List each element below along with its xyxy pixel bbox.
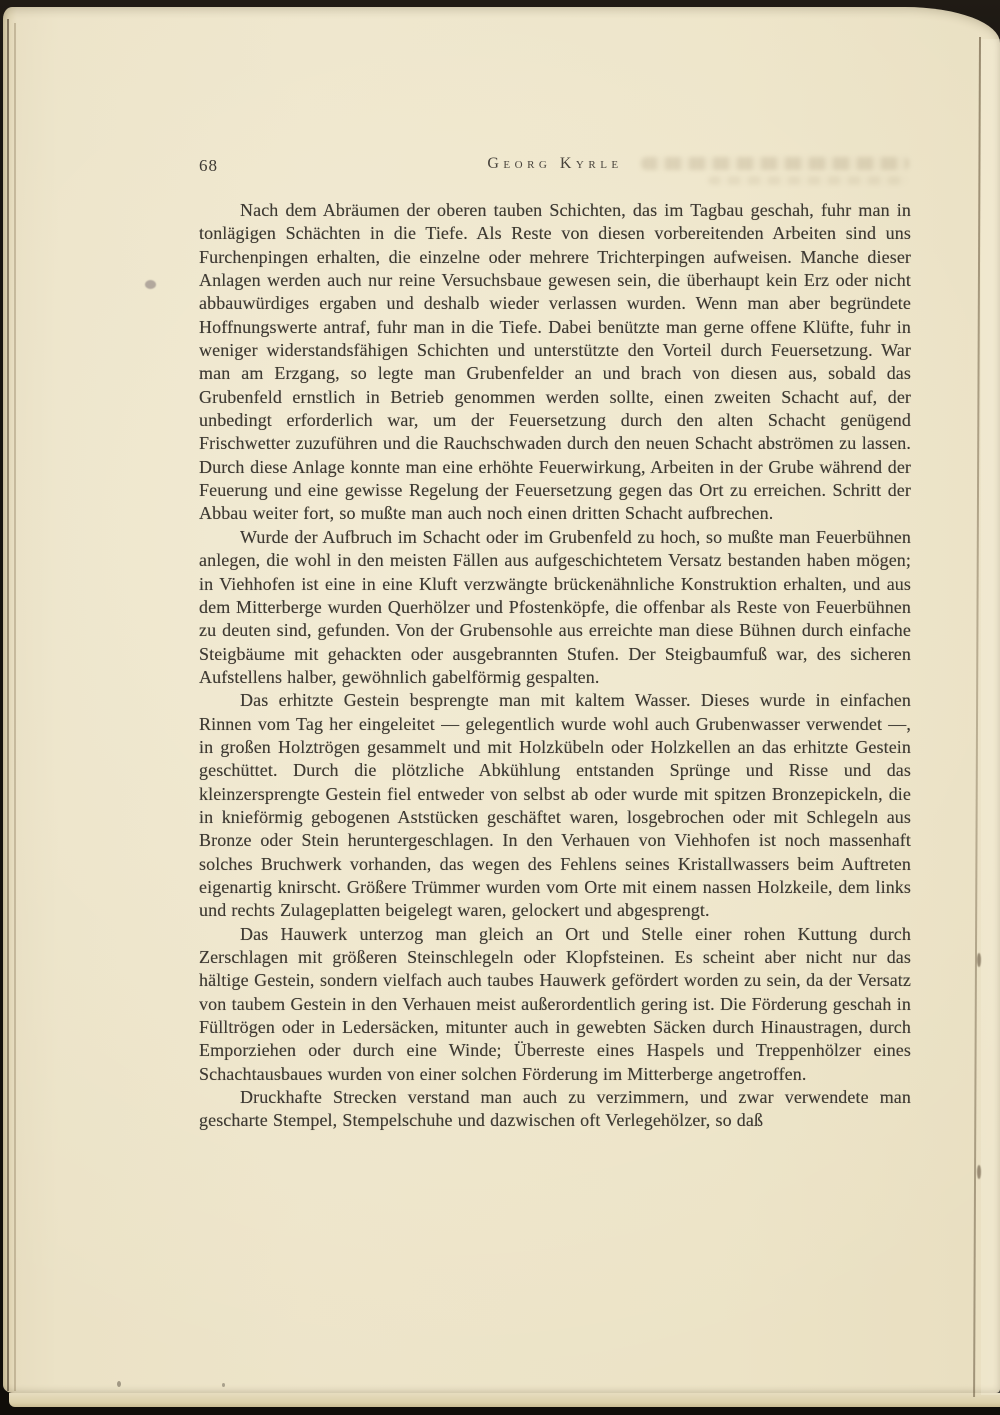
- scanned-book-photo: 68 Georg Kyrle Nach dem Abräumen der obe…: [0, 0, 1000, 1415]
- paper-nick: [977, 953, 981, 967]
- page-crease-left: [7, 19, 9, 1391]
- running-header: 68 Georg Kyrle: [199, 155, 911, 175]
- page-content: 68 Georg Kyrle Nach dem Abräumen der obe…: [199, 155, 911, 1133]
- body-text: Nach dem Abräumen der oberen tauben Schi…: [199, 199, 911, 1133]
- paper-nick: [977, 1165, 981, 1179]
- page-number: 68: [199, 156, 218, 176]
- paper-speck: [145, 280, 156, 289]
- paper-speck: [222, 1383, 225, 1387]
- body-paragraph: Nach dem Abräumen der oberen tauben Schi…: [199, 199, 911, 526]
- page-crease-left-inner: [14, 23, 16, 1391]
- body-paragraph: Druckhafte Strecken verstand man auch zu…: [199, 1086, 911, 1133]
- running-header-author: Georg Kyrle: [199, 155, 911, 173]
- underlying-page-edge-bottom: [9, 1393, 1000, 1407]
- page-edge-line-right: [973, 37, 980, 1397]
- body-paragraph: Wurde der Aufbruch im Schacht oder im Gr…: [199, 526, 911, 689]
- book-page: 68 Georg Kyrle Nach dem Abräumen der obe…: [3, 7, 1000, 1393]
- underlying-page-edge-right: [981, 39, 1000, 1395]
- paper-speck: [117, 1381, 121, 1387]
- body-paragraph: Das erhitzte Gestein besprengte man mit …: [199, 689, 911, 922]
- body-paragraph: Das Hauwerk unterzog man gleich an Ort u…: [199, 923, 911, 1086]
